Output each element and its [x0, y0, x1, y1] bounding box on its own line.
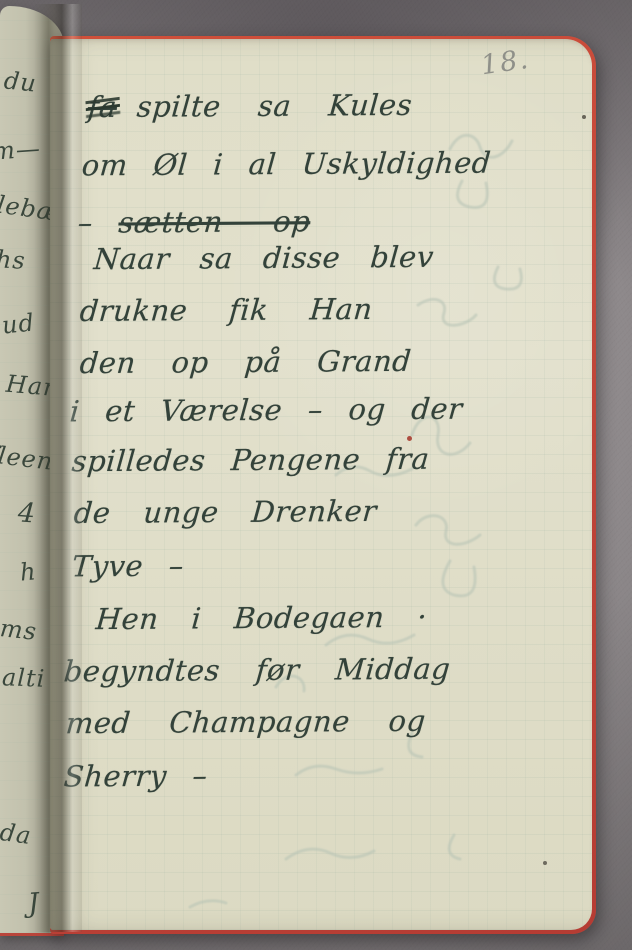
handwritten-line: Naar sa disse blev: [93, 240, 436, 276]
notebook-page: 18. faspilte sa Kules om Øl i al Uskyldi…: [50, 39, 592, 930]
handwritten-line: i et Værelse – og der: [69, 392, 464, 429]
handwritten-line: de unge Drenker: [73, 494, 379, 530]
struck-through-words: sætten op: [117, 204, 311, 239]
handwritten-line: Tyve –: [71, 549, 186, 584]
handwritten-line: begyndtes før Middag: [63, 652, 452, 689]
photograph-of-notebook: du m— llebænt hs ud Han fleen 4 h ms alt…: [0, 0, 632, 950]
handwriting-fragment: h: [19, 557, 38, 586]
handwritten-line: spilledes Pengene fra: [71, 442, 431, 478]
handwriting-fragment: du: [3, 66, 39, 97]
handwriting-fragment: ms: [0, 614, 38, 646]
handwritten-line: drukne fik Han: [79, 292, 375, 328]
handwriting-fragment: fleen: [0, 440, 55, 476]
handwritten-line: Hen i Bodegaen ·: [95, 600, 429, 636]
crossed-out-word: fa: [87, 90, 119, 124]
handwritten-line: – sætten op: [77, 204, 312, 240]
handwriting-fragment: alti: [2, 663, 46, 692]
paper-speck: [582, 115, 586, 119]
handwriting-fragment: ud: [1, 308, 37, 339]
handwritten-line: den op på Grand: [79, 344, 413, 380]
handwriting-fragment: J: [27, 888, 41, 920]
page-number: 18.: [479, 44, 532, 82]
paper-speck: [543, 861, 547, 865]
handwriting-fragment: 4: [17, 497, 37, 529]
handwritten-line: om Øl i al Uskyldighed: [81, 146, 493, 183]
handwriting-fragment: m—: [0, 134, 42, 165]
handwritten-line: med Champagne og: [65, 704, 428, 741]
handwritten-line: Sherry –: [63, 758, 209, 793]
handwriting-fragment: hs: [0, 245, 26, 275]
handwriting-fragment: da: [0, 818, 33, 850]
handwritten-line: faspilte sa Kules: [87, 88, 414, 124]
red-ink-dot: [407, 436, 412, 441]
page-edge-trim: 18. faspilte sa Kules om Øl i al Uskyldi…: [50, 36, 596, 934]
